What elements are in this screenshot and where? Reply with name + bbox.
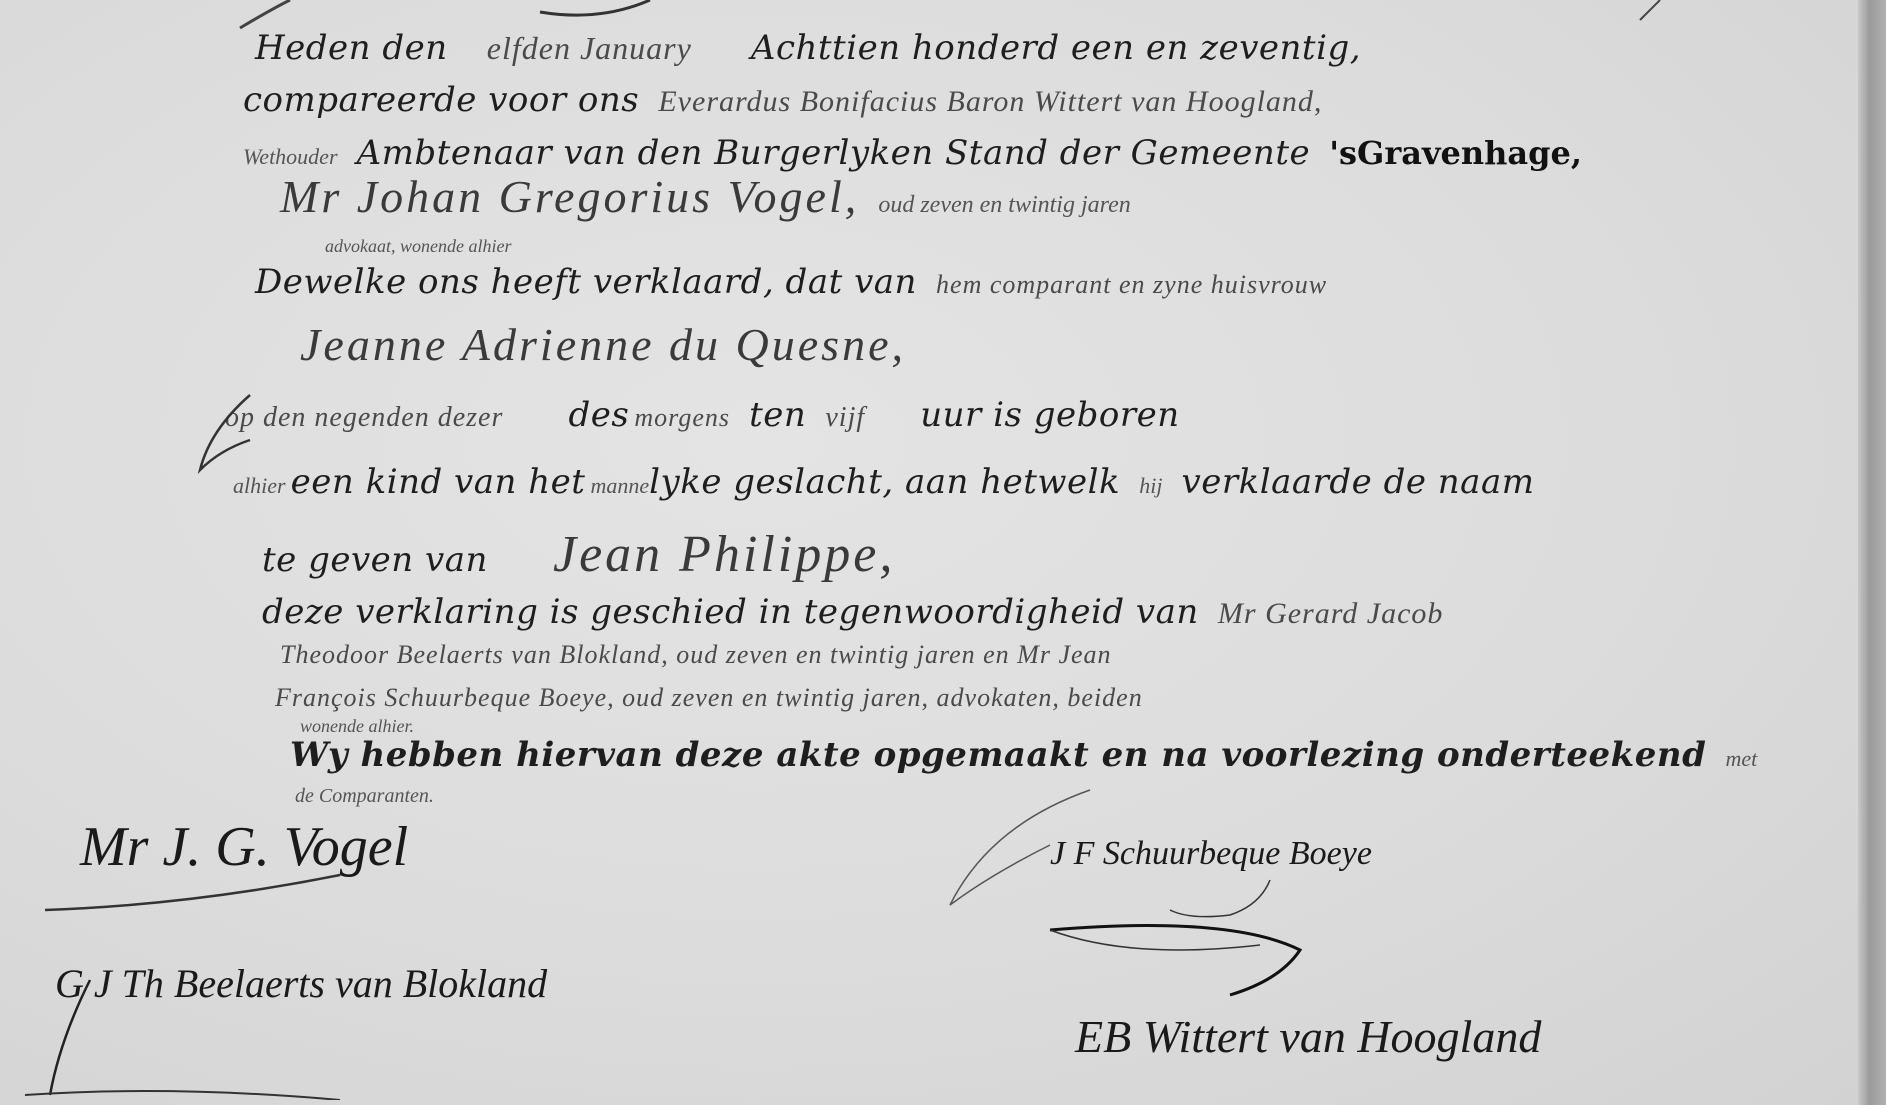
printed-text: deze verklaring is geschied in tegenwoor…	[262, 592, 1199, 632]
line-13: wonende alhier.	[300, 716, 414, 737]
signature-flourish	[20, 960, 380, 1100]
signature-flourish	[930, 785, 1430, 1005]
page-gutter-shadow	[1858, 0, 1886, 1105]
handwritten-witness-name: Mr Gerard Jacob	[1218, 597, 1444, 630]
line-5-annotation: advokaat, wonende alhier	[325, 236, 511, 257]
printed-text: verklaarde de naam	[1182, 462, 1535, 502]
printed-text: Dewelke ons heeft verklaard, dat van	[255, 262, 917, 302]
printed-year: Achttien honderd een en zeventig,	[751, 28, 1361, 68]
handwritten-occupation: advokaat, wonende alhier	[325, 236, 511, 256]
handwritten-text: hem comparant en zyne huisvrouw	[936, 270, 1327, 299]
line-5: Dewelke ons heeft verklaard, dat van hem…	[255, 262, 1327, 302]
line-12: François Schuurbeque Boeye, oud zeven en…	[275, 683, 1143, 713]
printed-closing: Wy hebben hiervan deze akte opgemaakt en…	[290, 735, 1706, 775]
handwritten-residence: wonende alhier.	[300, 716, 414, 736]
handwritten-hour: vijf	[825, 402, 865, 433]
printed-text: compareerde voor ons	[243, 80, 639, 120]
line-14: Wy hebben hiervan deze akte opgemaakt en…	[290, 735, 1757, 775]
handwritten-child-name: Jean Philippe,	[553, 526, 895, 583]
line-1: Heden den elfden January Achttien honder…	[255, 28, 1361, 68]
printed-text: lyke geslacht, aan hetwelk	[649, 462, 1120, 502]
line-8: alhier een kind van het mannelyke geslac…	[233, 462, 1534, 502]
printed-text: des	[568, 395, 629, 435]
line-3: Wethouder Ambtenaar van den Burgerlyken …	[243, 133, 1582, 173]
line-7: op den negenden dezer des morgens ten vi…	[225, 395, 1180, 435]
handwritten-age: oud zeven en twintig jaren	[878, 192, 1130, 218]
handwritten-registrar-name: Everardus Bonifacius Baron Wittert van H…	[658, 85, 1322, 118]
handwritten-time-of-day: morgens	[634, 403, 730, 432]
line-10: deze verklaring is geschied in tegenwoor…	[262, 592, 1443, 632]
handwritten-date: elfden January	[487, 30, 692, 66]
printed-text: ten	[749, 395, 806, 435]
printed-text: te geven van	[262, 540, 488, 580]
signature-underline	[40, 870, 360, 920]
document-page: Heden den elfden January Achttien honder…	[0, 0, 1886, 1105]
handwritten-mother-name: Jeanne Adrienne du Quesne,	[300, 319, 906, 370]
handwritten-sex: manne	[591, 473, 650, 498]
municipality-name: 'sGravenhage,	[1329, 134, 1582, 172]
handwritten-pronoun: hij	[1139, 473, 1162, 498]
printed-text: Heden den	[255, 28, 448, 68]
line-4: Mr Johan Gregorius Vogel, oud zeven en t…	[280, 170, 1131, 223]
signature-registrar: EB Wittert van Hoogland	[1075, 1010, 1541, 1063]
line-2: compareerde voor ons Everardus Bonifaciu…	[243, 80, 1322, 120]
handwritten-text: de Comparanten.	[295, 785, 434, 807]
handwritten-place: alhier	[233, 473, 286, 498]
handwritten-witnesses: Theodoor Beelaerts van Blokland, oud zev…	[280, 640, 1112, 669]
handwritten-witnesses: François Schuurbeque Boeye, oud zeven en…	[275, 683, 1143, 712]
line-9: te geven van Jean Philippe,	[262, 525, 895, 584]
handwritten-title: Wethouder	[243, 144, 338, 169]
printed-text: een kind van het	[291, 462, 586, 502]
line-6: Jeanne Adrienne du Quesne,	[300, 318, 906, 371]
handwritten-father-name: Mr Johan Gregorius Vogel,	[280, 171, 859, 222]
printed-text: uur is geboren	[920, 395, 1179, 435]
line-15: de Comparanten.	[295, 785, 434, 808]
handwritten-text: met	[1725, 746, 1757, 771]
line-11: Theodoor Beelaerts van Blokland, oud zev…	[280, 640, 1112, 670]
printed-text: Ambtenaar van den Burgerlyken Stand der …	[357, 133, 1311, 173]
